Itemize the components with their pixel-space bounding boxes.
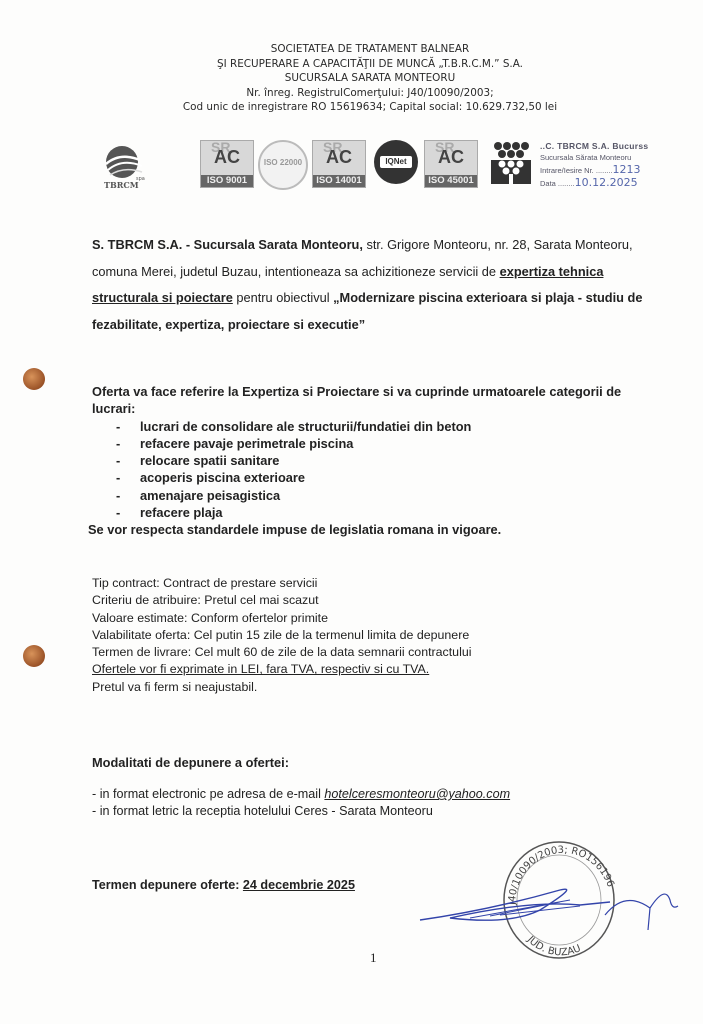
company-name: S. TBRCM S.A. - Sucursala Sarata Monteor… [92,237,363,252]
letterhead-line: Nr. înreg. RegistrulComerţului: J40/1009… [100,86,640,101]
stamp-entry-number: 1213 [613,163,641,176]
works-footer: Se vor respecta standardele impuse de le… [88,521,652,538]
list-item: amenajare peisagistica [92,487,652,504]
stamp-date: Data ........10.12.2025 [540,177,690,190]
works-section: Oferta va face referire la Expertiza si … [92,383,652,539]
svg-text:TBRCM: TBRCM [104,180,139,190]
detail-line: Criteriu de atribuire: Pretul cel mai sc… [92,592,652,609]
grape-logo-icon [488,140,534,186]
letterhead-line: ŞI RECUPERARE A CAPACITĂŢII DE MUNCĂ „T.… [100,57,640,72]
srac-iso45001-logo: SRAC ISO 45001 [424,140,478,188]
submission-electronic: - in format electronic pe adresa de e-ma… [92,786,652,803]
detail-line: Tip contract: Contract de prestare servi… [92,575,652,592]
deadline-date: 24 decembrie 2025 [243,878,355,892]
submission-paper: - in format letric la receptia hotelului… [92,803,652,820]
email-link[interactable]: hotelceresmonteoru@yahoo.com [324,787,510,801]
letterhead-line: SOCIETATEA DE TRATAMENT BALNEAR [100,42,640,57]
list-item: refacere plaja [92,504,652,521]
stamp-date-value: 10.12.2025 [575,176,638,189]
page-number: 1 [370,950,377,966]
detail-line: Pretul va fi ferm si neajustabil. [92,679,652,696]
list-item: relocare spatii sanitare [92,452,652,469]
letterhead: SOCIETATEA DE TRATAMENT BALNEAR ŞI RECUP… [100,42,640,115]
list-item: lucrari de consolidare ale structurii/fu… [92,418,652,435]
contract-details: Tip contract: Contract de prestare servi… [92,575,652,696]
detail-line: Valabilitate oferta: Cel putin 15 zile d… [92,627,652,644]
list-item: refacere pavaje perimetrale piscina [92,435,652,452]
company-logo-icon: spa TBRCM [100,142,150,190]
submission-title: Modalitati de depunere a ofertei: [92,755,652,770]
detail-line-currency: Ofertele vor fi exprimate in LEI, fara T… [92,661,652,678]
letterhead-line: SUCURSALA SARATA MONTEORU [100,71,640,86]
intro-paragraph: S. TBRCM S.A. - Sucursala Sarata Monteor… [92,232,652,338]
hole-punch [23,368,45,390]
list-item: acoperis piscina exterioare [92,469,652,486]
detail-line: Termen de livrare: Cel mult 60 de zile d… [92,644,652,661]
srac-iso14001-logo: SRAC ISO 14001 [312,140,366,188]
srac-iso22000-logo: ISO 22000 [258,140,308,190]
submission-methods: - in format electronic pe adresa de e-ma… [92,786,652,821]
detail-line: Valoare estimate: Conform ofertelor prim… [92,610,652,627]
works-list: lucrari de consolidare ale structurii/fu… [92,418,652,522]
letterhead-line: Cod unic de inregistrare RO 15619634; Ca… [100,100,640,115]
stamp-company: ..C. TBRCM S.A. Bucurss [540,140,690,152]
signature-icon [410,870,680,940]
hole-punch [23,645,45,667]
registration-stamp: ..C. TBRCM S.A. Bucurss Sucursala Sărata… [540,140,690,192]
works-title: Oferta va face referire la Expertiza si … [92,383,652,418]
srac-iso9001-logo: SRAC ISO 9001 [200,140,254,188]
iqnet-logo: IQNet [374,140,418,184]
